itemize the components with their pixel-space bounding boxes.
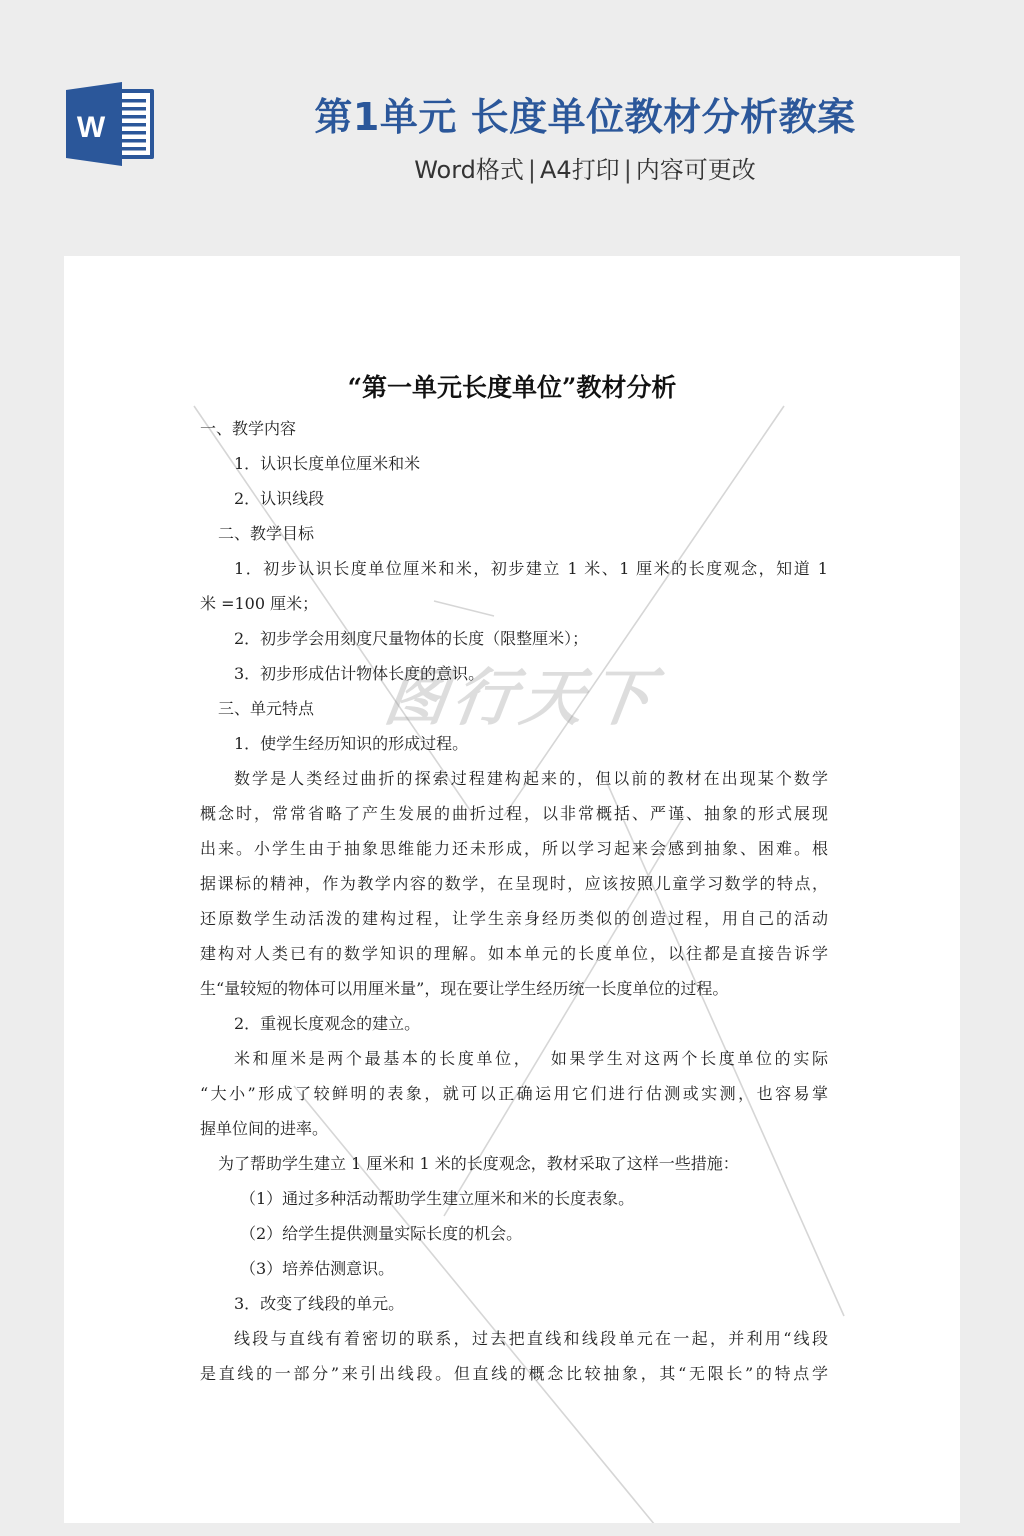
paragraph-line: 生“量较短的物体可以用厘米量”，现在要让学生经历统一长度单位的过程。 xyxy=(200,978,828,1000)
watermark-logo: 图行天下 xyxy=(380,648,665,737)
list-item: 3．初步形成估计物体长度的意识。 xyxy=(200,663,862,685)
paragraph-line: 还原数学生动活泼的建构过程，让学生亲身经历类似的创造过程，用自己的活动 xyxy=(200,908,828,930)
document-title: “第一单元长度单位”教材分析 xyxy=(64,368,960,408)
paragraph-line: 概念时，常常省略了产生发展的曲折过程，以非常概括、严谨、抽象的形式展现 xyxy=(200,803,828,825)
banner-subtitle: Word格式|A4打印|内容可更改 xyxy=(200,152,970,188)
word-document-icon: W xyxy=(66,82,156,166)
paragraph-line: 米和厘米是两个最基本的长度单位， 如果学生对这两个长度单位的实际 xyxy=(200,1048,828,1070)
subtitle-separator: | xyxy=(528,156,536,184)
paragraph-line: 握单位间的进率。 xyxy=(200,1118,828,1140)
list-item: 2．认识线段 xyxy=(200,488,862,510)
subsection-heading: 3．改变了线段的单元。 xyxy=(200,1293,862,1315)
document-page: 图行天下 “第一单元长度单位”教材分析 一、教学内容 1．认识长度单位厘米和米 … xyxy=(64,256,960,1523)
list-item: 1．认识长度单位厘米和米 xyxy=(200,453,862,475)
paragraph-line: 米 =100 厘米； xyxy=(200,593,828,615)
list-item: （1）通过多种活动帮助学生建立厘米和米的长度表象。 xyxy=(200,1188,868,1210)
list-item: 2．初步学会用刻度尺量物体的长度（限整厘米）； xyxy=(200,628,862,650)
subtitle-editable: 内容可更改 xyxy=(636,156,756,184)
banner-title: 第1单元 长度单位教材分析教案 xyxy=(200,92,970,142)
subsection-heading: 2．重视长度观念的建立。 xyxy=(200,1013,862,1035)
section-heading: 一、教学内容 xyxy=(200,418,828,440)
section-heading: 三、单元特点 xyxy=(200,698,846,720)
paragraph-line: 数学是人类经过曲折的探索过程建构起来的，但以前的教材在出现某个数学 xyxy=(200,768,828,790)
paragraph-line: 为了帮助学生建立 1 厘米和 1 米的长度观念，教材采取了这样一些措施： xyxy=(200,1153,846,1175)
paragraph-line: 线段与直线有着密切的联系，过去把直线和线段单元在一起，并利用“线段 xyxy=(200,1328,828,1350)
paragraph-line: 据课标的精神，作为教学内容的数学，在呈现时，应该按照儿童学习数学的特点， xyxy=(200,873,828,895)
subsection-heading: 1．使学生经历知识的形成过程。 xyxy=(200,733,862,755)
subtitle-separator: | xyxy=(624,156,632,184)
list-item: （3）培养估测意识。 xyxy=(200,1258,868,1280)
subtitle-format: Word格式 xyxy=(414,156,524,184)
paragraph-line: “大小”形成了较鲜明的表象，就可以正确运用它们进行估测或实测，也容易掌 xyxy=(200,1083,828,1105)
paragraph-line: 是直线的一部分”来引出线段。但直线的概念比较抽象，其“无限长”的特点学 xyxy=(200,1363,828,1385)
paragraph-line: 建构对人类已有的数学知识的理解。如本单元的长度单位，以往都是直接告诉学 xyxy=(200,943,828,965)
paragraph-line: 出来。小学生由于抽象思维能力还未形成，所以学习起来会感到抽象、困难。根 xyxy=(200,838,828,860)
list-item: （2）给学生提供测量实际长度的机会。 xyxy=(200,1223,868,1245)
paragraph-line: 1．初步认识长度单位厘米和米，初步建立 1 米、1 厘米的长度观念，知道 1 xyxy=(200,558,828,580)
subtitle-print: A4打印 xyxy=(540,156,620,184)
svg-text:W: W xyxy=(77,111,106,144)
section-heading: 二、教学目标 xyxy=(200,523,846,545)
